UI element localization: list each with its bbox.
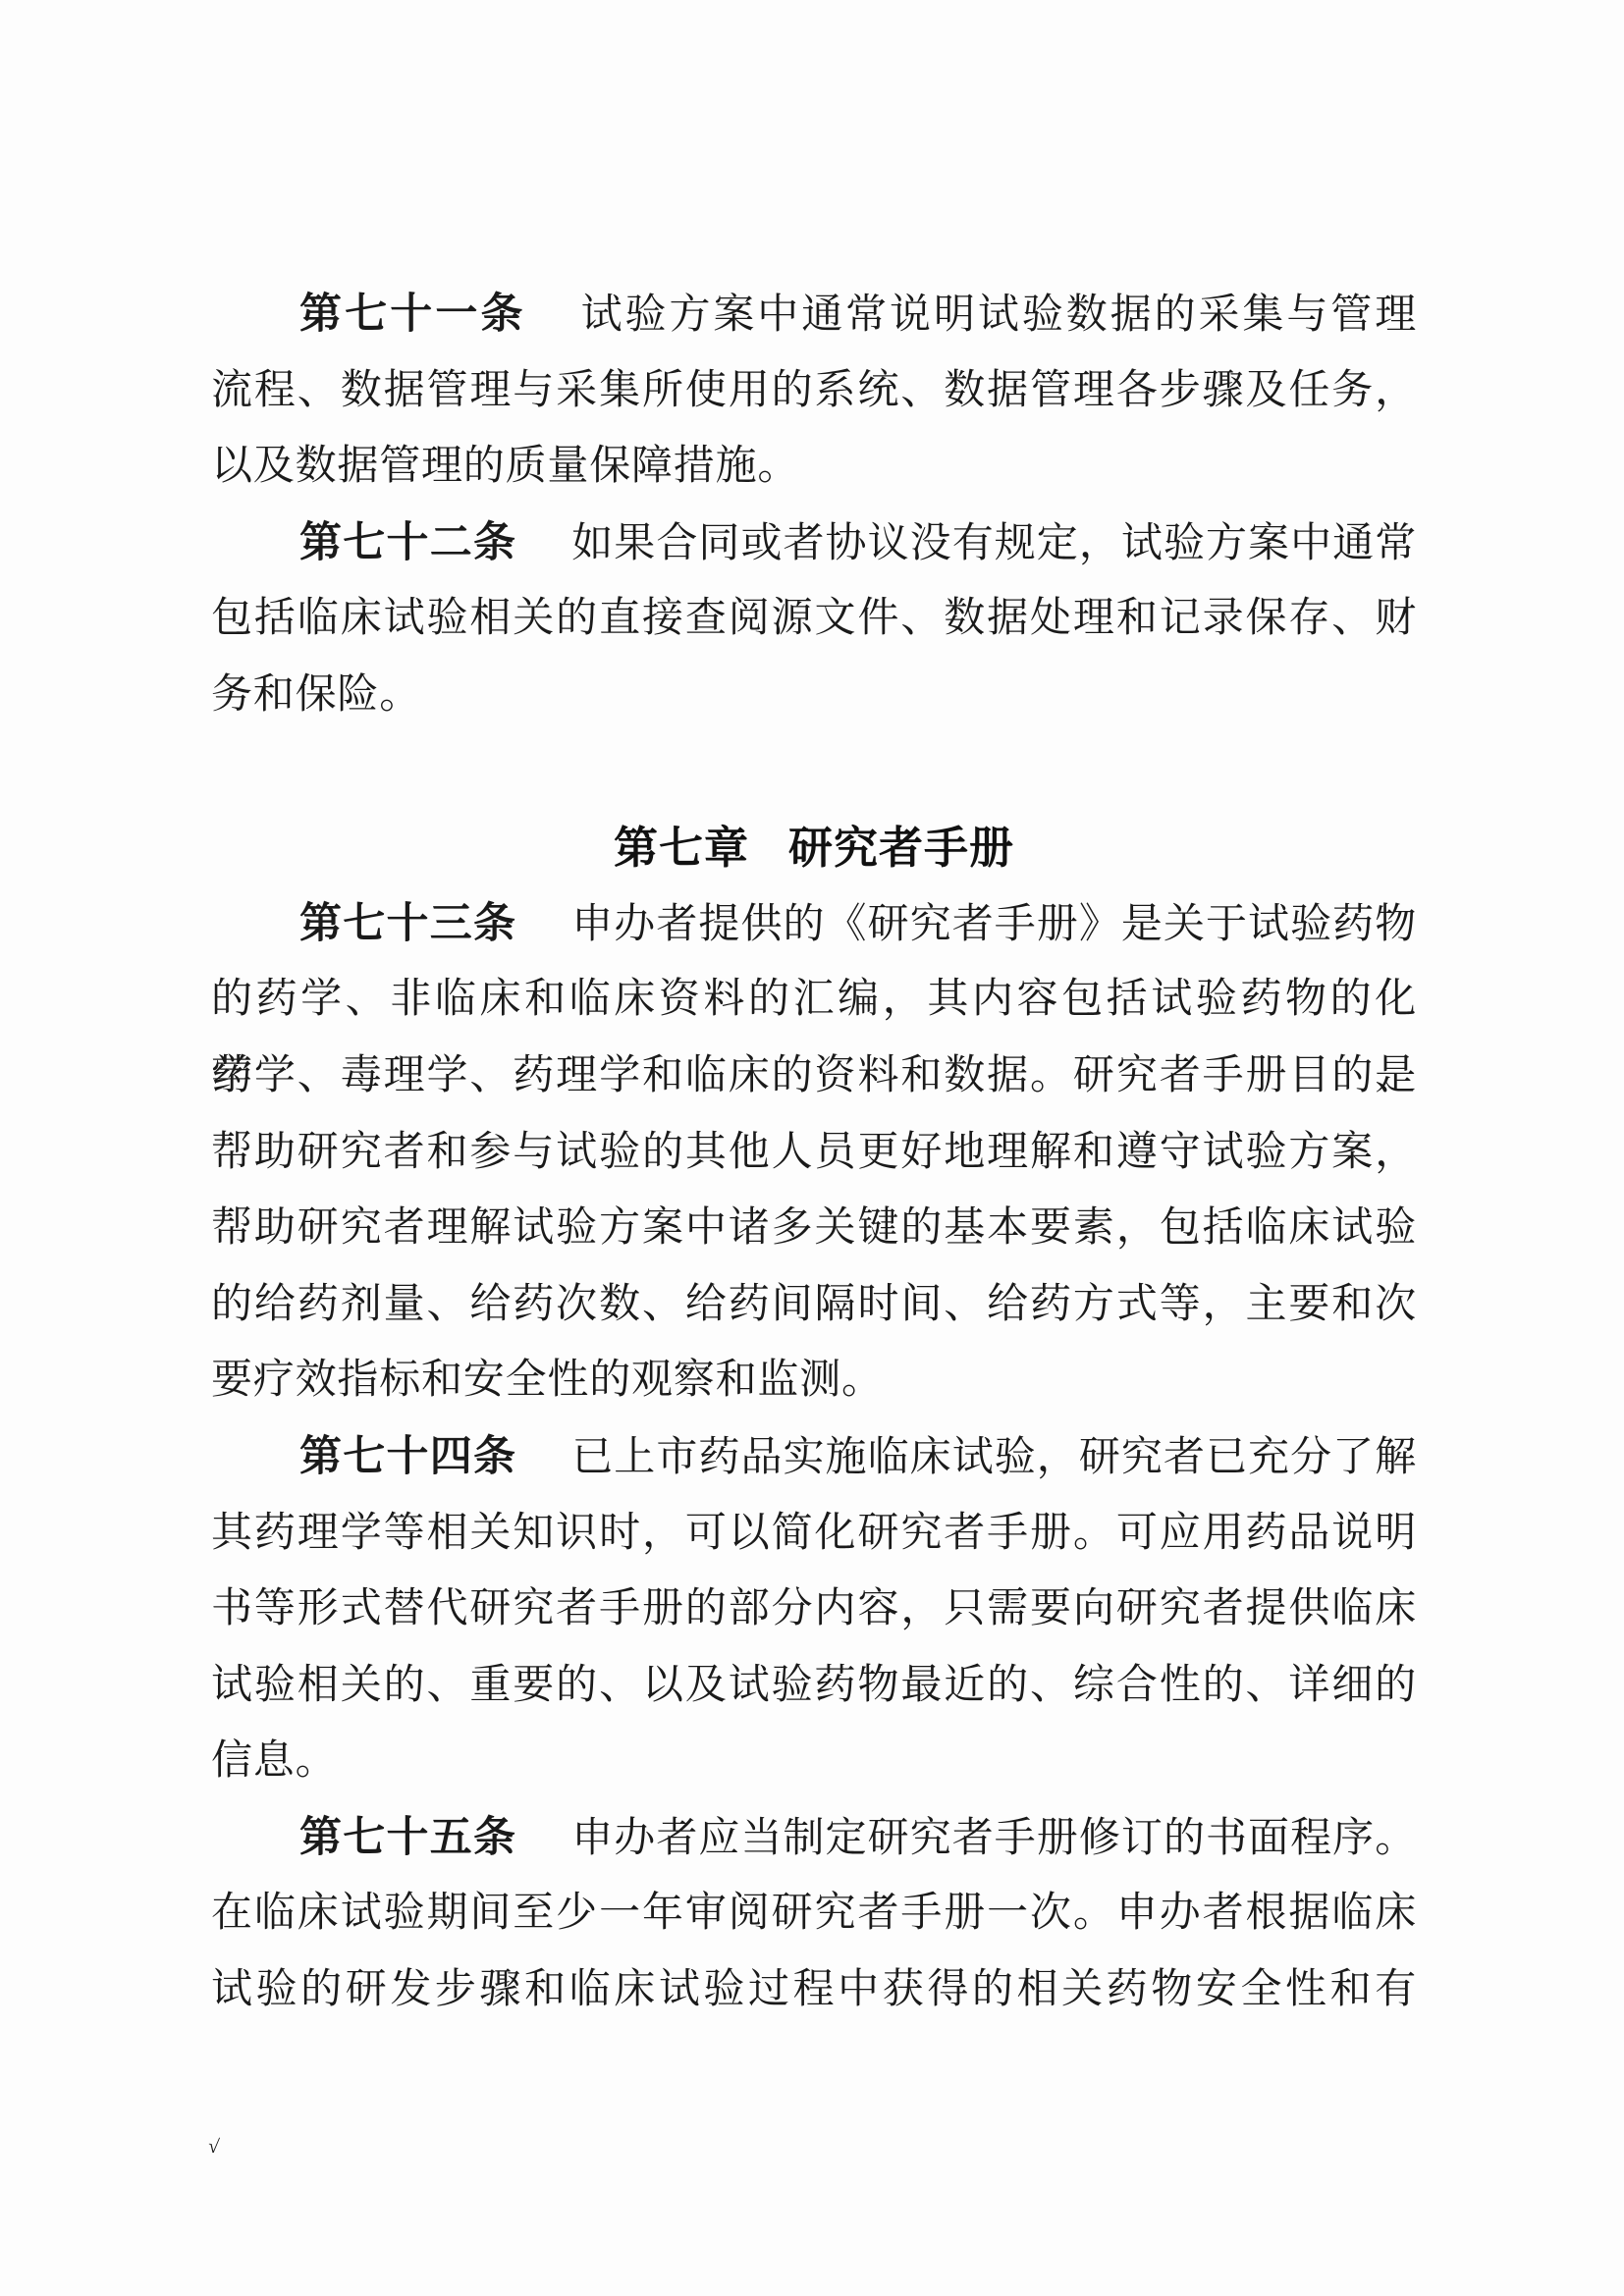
article-72-paragraph: 第七十二条如果合同或者协议没有规定，试验方案中通常 包括临床试验相关的直接查阅源… — [211, 506, 1417, 734]
article-71-first-line: 第七十一条试验方案中通常说明试验数据的采集与管理 — [211, 277, 1417, 353]
article-75-first-line: 第七十五条申办者应当制定研究者手册修订的书面程序。 — [211, 1800, 1417, 1877]
ink-smudge-artifact: √ — [207, 2135, 220, 2159]
article-71-text: 试验方案中通常说明试验数据的采集与管理 — [581, 293, 1417, 338]
chapter-title: 研究者手册 — [788, 823, 1014, 873]
text-line: 包括临床试验相关的直接查阅源文件、数据处理和记录保存、财 — [211, 581, 1417, 658]
article-74-paragraph: 第七十四条已上市药品实施临床试验，研究者已充分了解 其药理学等相关知识时，可以简… — [211, 1419, 1417, 1800]
text-line: 务和保险。 — [211, 658, 1417, 734]
text-line: 信息。 — [211, 1724, 1417, 1800]
article-74-number: 第七十四条 — [299, 1433, 516, 1480]
text-line: 帮助研究者和参与试验的其他人员更好地理解和遵守试验方案， — [211, 1115, 1417, 1192]
article-73-paragraph: 第七十三条申办者提供的《研究者手册》是关于试验药物 的药学、非临床和临床资料的汇… — [211, 886, 1417, 1419]
article-71-number: 第七十一条 — [299, 291, 526, 338]
article-75-text: 申办者应当制定研究者手册修订的书面程序。 — [571, 1816, 1417, 1861]
text-line: 要疗效指标和安全性的观察和监测。 — [211, 1343, 1417, 1419]
article-72-first-line: 第七十二条如果合同或者协议没有规定，试验方案中通常 — [211, 506, 1417, 582]
article-73-first-line: 第七十三条申办者提供的《研究者手册》是关于试验药物 — [211, 886, 1417, 963]
article-72-number: 第七十二条 — [299, 519, 516, 566]
text-line: 流程、数据管理与采集所使用的系统、数据管理各步骤及任务， — [211, 353, 1417, 430]
text-line: 书等形式替代研究者手册的部分内容，只需要向研究者提供临床 — [211, 1572, 1417, 1648]
article-75-paragraph: 第七十五条申办者应当制定研究者手册修订的书面程序。 在临床试验期间至少一年审阅研… — [211, 1800, 1417, 2029]
text-line: 其药理学等相关知识时，可以简化研究者手册。可应用药品说明 — [211, 1496, 1417, 1573]
article-75-number: 第七十五条 — [299, 1814, 516, 1861]
article-72-text: 如果合同或者协议没有规定，试验方案中通常 — [571, 521, 1417, 566]
text-line: 药学、毒理学、药理学和临床的资料和数据。研究者手册目的是 — [211, 1039, 1417, 1115]
article-74-first-line: 第七十四条已上市药品实施临床试验，研究者已充分了解 — [211, 1419, 1417, 1496]
chapter-heading: 第七章研究者手册 — [211, 810, 1417, 886]
text-line: 的药学、非临床和临床资料的汇编，其内容包括试验药物的化学、 — [211, 962, 1417, 1039]
article-73-number: 第七十三条 — [299, 900, 516, 947]
text-line: 试验相关的、重要的、以及试验药物最近的、综合性的、详细的 — [211, 1648, 1417, 1725]
text-line: 试验的研发步骤和临床试验过程中获得的相关药物安全性和有 — [211, 1952, 1417, 2029]
article-74-text: 已上市药品实施临床试验，研究者已充分了解 — [571, 1435, 1417, 1480]
blank-line — [211, 734, 1417, 811]
text-line: 以及数据管理的质量保障措施。 — [211, 429, 1417, 506]
text-line: 帮助研究者理解试验方案中诸多关键的基本要素，包括临床试验 — [211, 1191, 1417, 1267]
text-line: 在临床试验期间至少一年审阅研究者手册一次。申办者根据临床 — [211, 1876, 1417, 1952]
text-line: 的给药剂量、给药次数、给药间隔时间、给药方式等，主要和次 — [211, 1267, 1417, 1344]
chapter-number: 第七章 — [614, 823, 749, 873]
document-page-body: 第七十一条试验方案中通常说明试验数据的采集与管理 流程、数据管理与采集所使用的系… — [211, 277, 1417, 2029]
article-73-text: 申办者提供的《研究者手册》是关于试验药物 — [571, 902, 1417, 947]
article-71-paragraph: 第七十一条试验方案中通常说明试验数据的采集与管理 流程、数据管理与采集所使用的系… — [211, 277, 1417, 506]
